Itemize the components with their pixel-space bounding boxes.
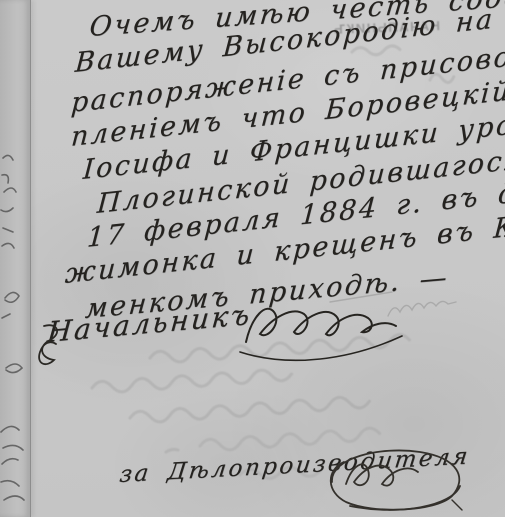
adjacent-page-edge <box>0 0 31 517</box>
chief-signature-flourish <box>240 309 402 361</box>
footer-clerk-line: за Дѣлопроизводителя <box>118 443 471 488</box>
scanned-handwritten-document: НАЧАЛЬНИКЪ Очемъ имѣю честь сообщить Ваш… <box>0 0 505 517</box>
